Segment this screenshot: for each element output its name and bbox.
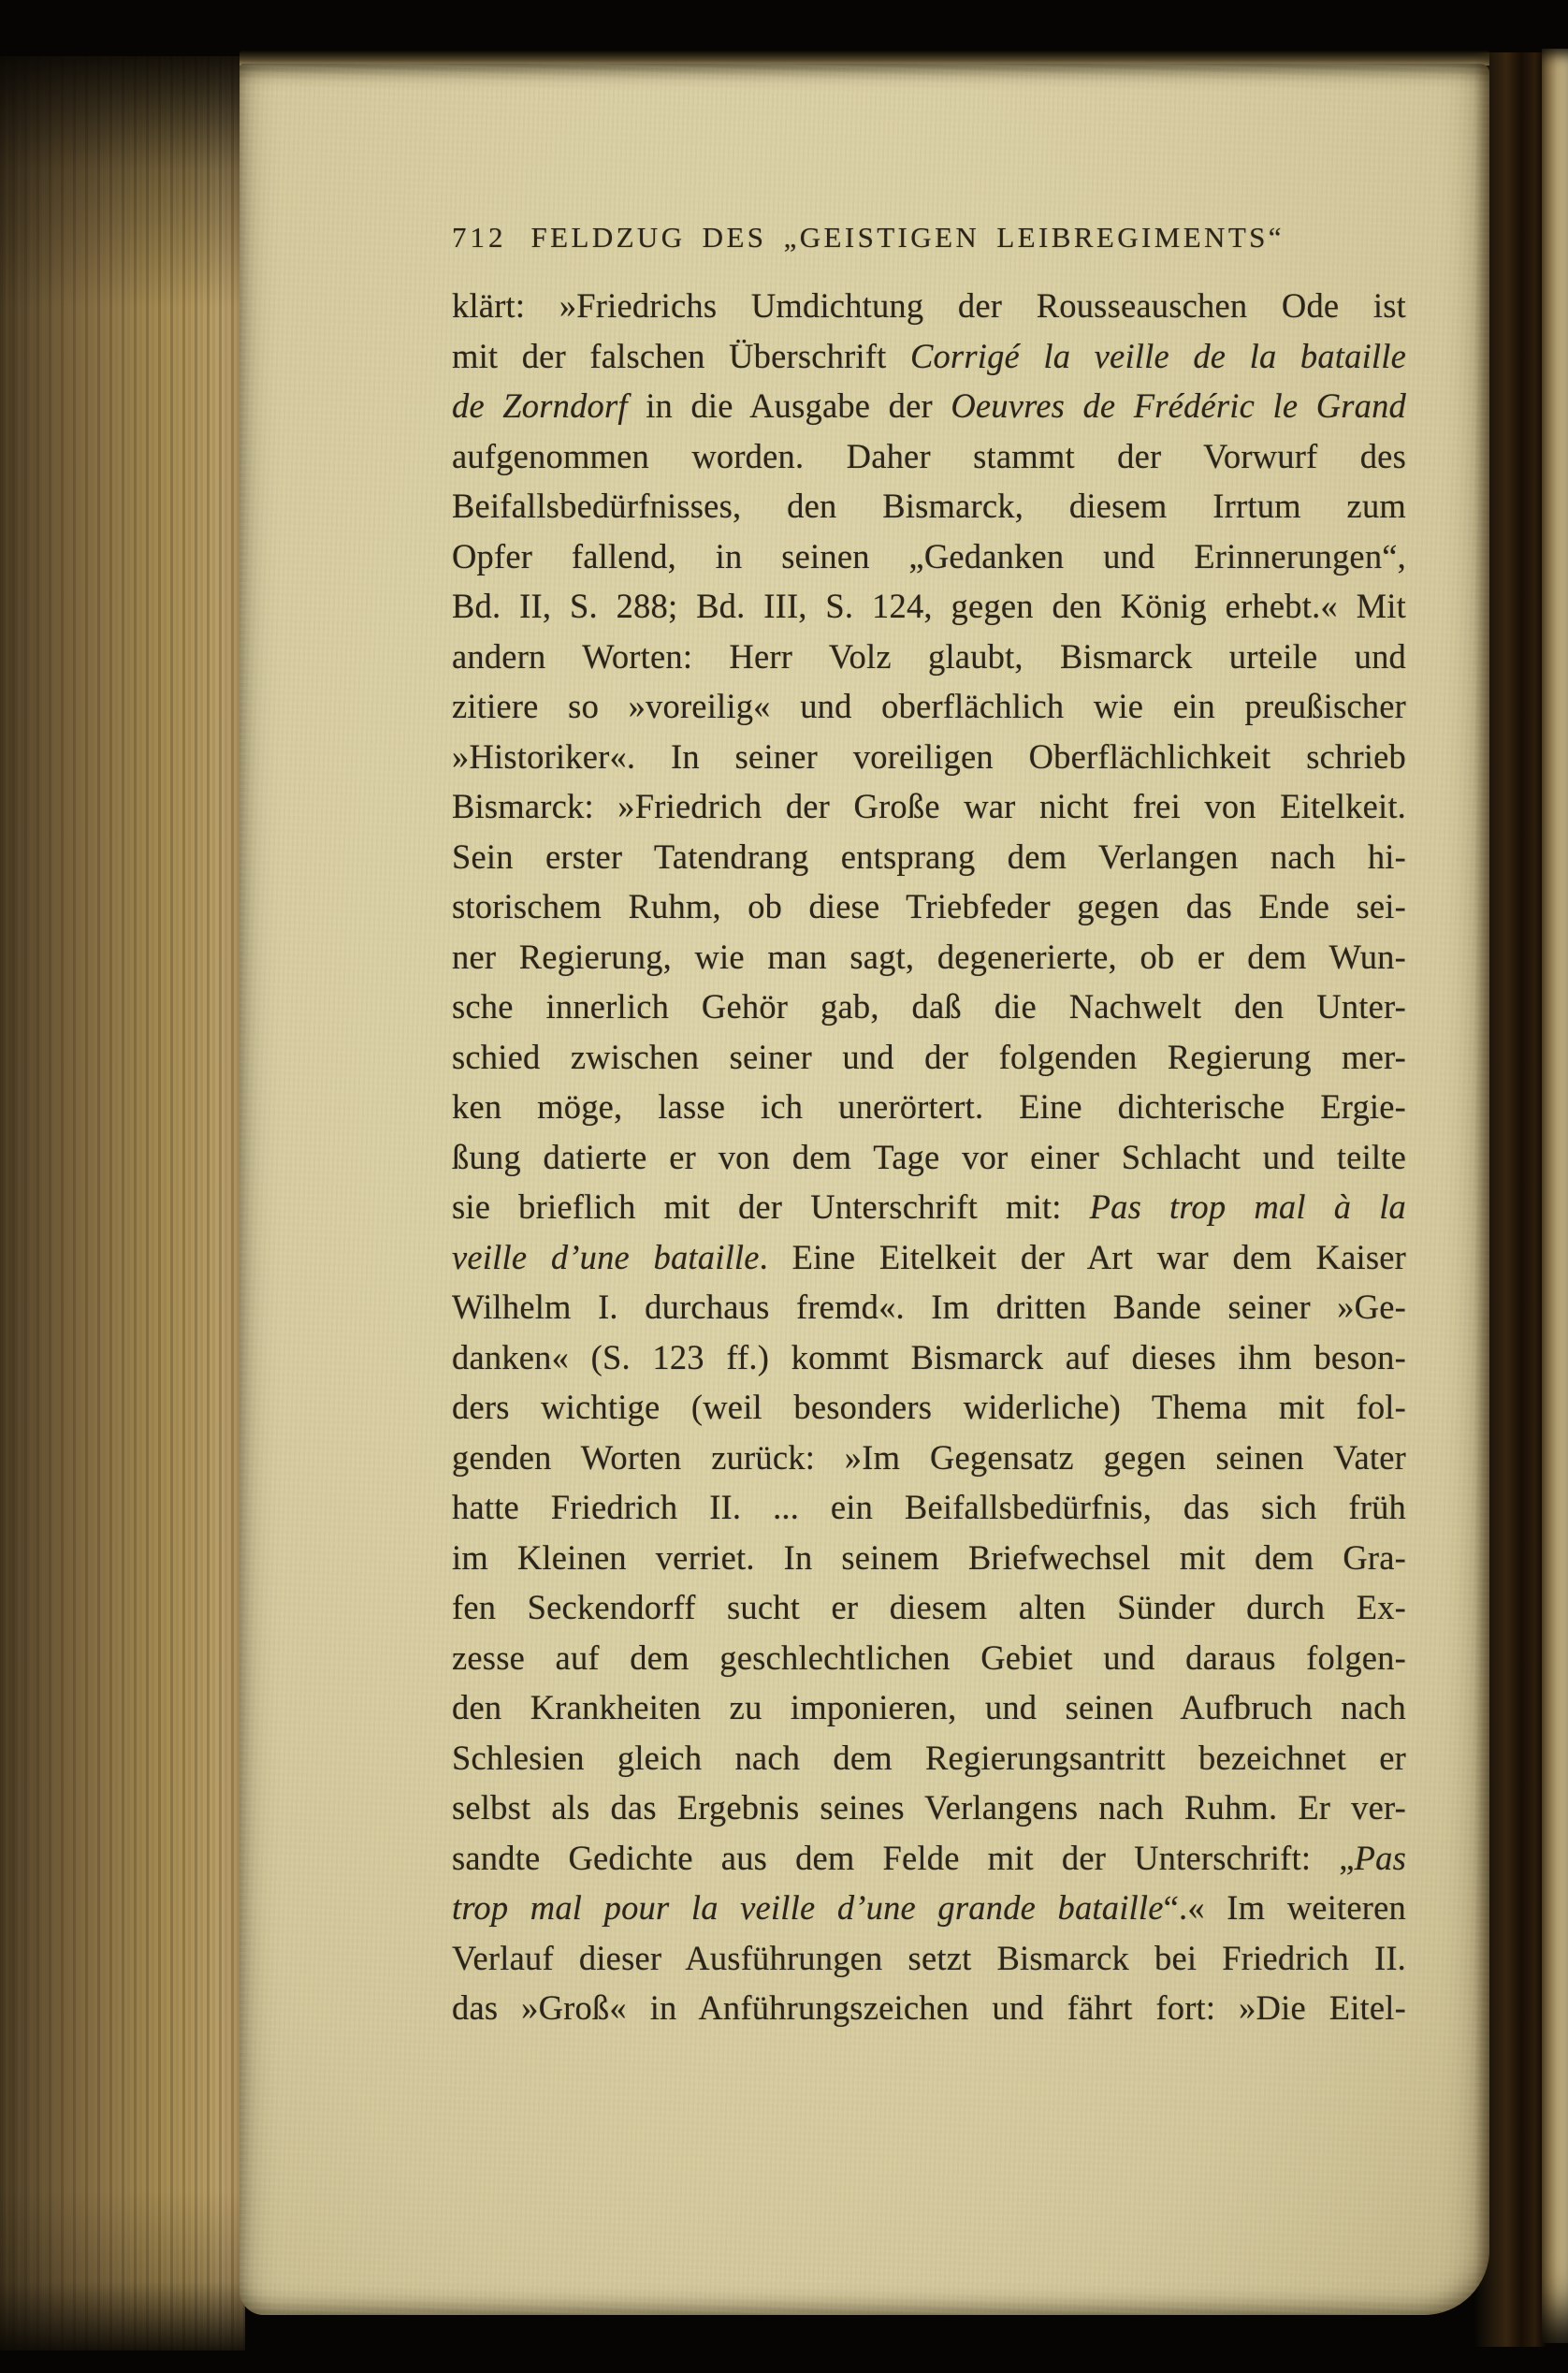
text-line: veille d’une bataille. Eine Eitelkeit de… bbox=[452, 1232, 1406, 1283]
text-line: Bd. II, S. 288; Bd. III, S. 124, gegen d… bbox=[452, 581, 1406, 632]
text-line: de Zorndorf in die Ausgabe der Oeuvres d… bbox=[452, 381, 1406, 431]
text-run: “.« Im weiteren bbox=[1164, 1888, 1406, 1927]
book-page: 712FELDZUG DES „GEISTIGEN LEIBREGIMENTS“… bbox=[240, 64, 1489, 2315]
text-line: sche innerlich Gehör gab, daß die Nachwe… bbox=[452, 982, 1406, 1032]
text-line: sie brieflich mit der Unterschrift mit: … bbox=[452, 1182, 1406, 1232]
text-line: storischem Ruhm, ob diese Triebfeder geg… bbox=[452, 881, 1406, 932]
text-run: schied zwischen seiner und der folgenden… bbox=[452, 1038, 1406, 1076]
text-line: Schlesien gleich nach dem Regierungsantr… bbox=[452, 1733, 1406, 1783]
text-line: zesse auf dem geschlechtlichen Gebiet un… bbox=[452, 1633, 1406, 1683]
italic-text-run: Corrigé la veille de la bataille bbox=[910, 337, 1406, 375]
text-line: Beifallsbedürfnisses, den Bismarck, dies… bbox=[452, 481, 1406, 531]
text-run: . Eine Eitelkeit der Art war dem Kaiser bbox=[760, 1238, 1406, 1276]
text-run: Schlesien gleich nach dem Regierungsantr… bbox=[452, 1739, 1406, 1777]
text-run: genden Worten zurück: »Im Gegensatz gege… bbox=[452, 1438, 1406, 1477]
text-run: fen Seckendorff sucht er diesem alten Sü… bbox=[452, 1588, 1406, 1626]
running-header: 712FELDZUG DES „GEISTIGEN LEIBREGIMENTS“ bbox=[452, 221, 1406, 255]
text-run: andern Worten: Herr Volz glaubt, Bismarc… bbox=[452, 637, 1406, 676]
text-line: im Kleinen verriet. In seinem Briefwechs… bbox=[452, 1533, 1406, 1583]
text-run: den Krankheiten zu imponieren, und seine… bbox=[452, 1688, 1406, 1726]
text-run: in die Ausgabe der bbox=[628, 386, 951, 425]
text-line: ßung datierte er von dem Tage vor einer … bbox=[452, 1132, 1406, 1183]
text-line: mit der falschen Überschrift Corrigé la … bbox=[452, 331, 1406, 382]
text-line: fen Seckendorff sucht er diesem alten Sü… bbox=[452, 1582, 1406, 1633]
text-line: Bismarck: »Friedrich der Große war nicht… bbox=[452, 781, 1406, 832]
text-run: Beifallsbedürfnisses, den Bismarck, dies… bbox=[452, 487, 1406, 525]
running-header-title: FELDZUG DES „GEISTIGEN LEIBREGIMENTS“ bbox=[531, 221, 1285, 254]
text-run: Bismarck: »Friedrich der Große war nicht… bbox=[452, 787, 1406, 825]
italic-text-run: de Zorndorf bbox=[452, 386, 628, 425]
text-run: zesse auf dem geschlechtlichen Gebiet un… bbox=[452, 1638, 1406, 1677]
text-run: selbst als das Ergebnis seines Verlangen… bbox=[452, 1788, 1406, 1827]
text-line: das »Groß« in Anführungszeichen und fähr… bbox=[452, 1983, 1406, 2033]
text-run: sche innerlich Gehör gab, daß die Nachwe… bbox=[452, 987, 1406, 1026]
text-run: Wilhelm I. durchaus fremd«. Im dritten B… bbox=[452, 1288, 1406, 1326]
text-line: Wilhelm I. durchaus fremd«. Im dritten B… bbox=[452, 1282, 1406, 1332]
print-area: 712FELDZUG DES „GEISTIGEN LEIBREGIMENTS“… bbox=[452, 64, 1406, 2315]
text-run: Bd. II, S. 288; Bd. III, S. 124, gegen d… bbox=[452, 587, 1406, 625]
text-block: klärt: »Friedrichs Umdichtung der Rousse… bbox=[452, 281, 1406, 2033]
text-run: danken« (S. 123 ff.) kommt Bismarck auf … bbox=[452, 1338, 1406, 1376]
text-run: ders wichtige (weil besonders widerliche… bbox=[452, 1388, 1406, 1426]
text-run: sandte Gedichte aus dem Felde mit der Un… bbox=[452, 1839, 1355, 1877]
text-line: zitiere so »voreilig« und oberflächlich … bbox=[452, 681, 1406, 732]
text-line: ner Regierung, wie man sagt, degeneriert… bbox=[452, 932, 1406, 983]
text-line: trop mal pour la veille d’une grande bat… bbox=[452, 1883, 1406, 1933]
left-page-edges bbox=[0, 56, 245, 2351]
text-run: Sein erster Tatendrang entsprang dem Ver… bbox=[452, 837, 1406, 876]
text-line: schied zwischen seiner und der folgenden… bbox=[452, 1032, 1406, 1083]
text-line: ken möge, lasse ich unerörtert. Eine dic… bbox=[452, 1082, 1406, 1132]
text-line: ders wichtige (weil besonders widerliche… bbox=[452, 1382, 1406, 1433]
text-run: »Historiker«. In seiner voreiligen Oberf… bbox=[452, 737, 1406, 776]
text-run: ßung datierte er von dem Tage vor einer … bbox=[452, 1138, 1406, 1176]
italic-text-run: Pas trop mal à la bbox=[1090, 1187, 1406, 1226]
page-number: 712 bbox=[452, 221, 507, 254]
text-line: genden Worten zurück: »Im Gegensatz gege… bbox=[452, 1433, 1406, 1483]
text-run: storischem Ruhm, ob diese Triebfeder geg… bbox=[452, 887, 1406, 925]
text-run: aufgenommen worden. Daher stammt der Vor… bbox=[452, 437, 1406, 475]
text-line: Sein erster Tatendrang entsprang dem Ver… bbox=[452, 832, 1406, 882]
text-run: hatte Friedrich II. ... ein Beifallsbedü… bbox=[452, 1488, 1406, 1526]
text-run: sie brieflich mit der Unterschrift mit: bbox=[452, 1187, 1090, 1226]
text-run: das »Groß« in Anführungszeichen und fähr… bbox=[452, 1988, 1406, 2027]
next-page-sliver bbox=[1542, 49, 1568, 2343]
text-line: sandte Gedichte aus dem Felde mit der Un… bbox=[452, 1833, 1406, 1884]
italic-text-run: veille d’une bataille bbox=[452, 1238, 760, 1276]
text-run: mit der falschen Überschrift bbox=[452, 337, 910, 375]
text-line: klärt: »Friedrichs Umdichtung der Rousse… bbox=[452, 281, 1406, 331]
text-run: im Kleinen verriet. In seinem Briefwechs… bbox=[452, 1538, 1406, 1577]
italic-text-run: Pas bbox=[1355, 1839, 1406, 1877]
text-line: Opfer fallend, in seinen „Gedanken und E… bbox=[452, 531, 1406, 582]
italic-text-run: Oeuvres de Frédéric le Grand bbox=[951, 386, 1406, 425]
text-run: ner Regierung, wie man sagt, degeneriert… bbox=[452, 938, 1406, 976]
text-line: Verlauf dieser Ausführungen setzt Bismar… bbox=[452, 1933, 1406, 1984]
italic-text-run: trop mal pour la veille d’une grande bat… bbox=[452, 1888, 1164, 1927]
text-line: danken« (S. 123 ff.) kommt Bismarck auf … bbox=[452, 1332, 1406, 1383]
text-run: klärt: »Friedrichs Umdichtung der Rousse… bbox=[452, 286, 1406, 325]
text-line: den Krankheiten zu imponieren, und seine… bbox=[452, 1682, 1406, 1733]
text-run: Verlauf dieser Ausführungen setzt Bismar… bbox=[452, 1939, 1406, 1977]
gutter-shadow bbox=[1474, 52, 1546, 2347]
text-run: Opfer fallend, in seinen „Gedanken und E… bbox=[452, 537, 1406, 575]
text-line: aufgenommen worden. Daher stammt der Vor… bbox=[452, 431, 1406, 482]
text-line: selbst als das Ergebnis seines Verlangen… bbox=[452, 1783, 1406, 1833]
text-run: zitiere so »voreilig« und oberflächlich … bbox=[452, 687, 1406, 725]
book-scan: 712FELDZUG DES „GEISTIGEN LEIBREGIMENTS“… bbox=[0, 0, 1568, 2373]
text-run: ken möge, lasse ich unerörtert. Eine dic… bbox=[452, 1087, 1406, 1126]
text-line: »Historiker«. In seiner voreiligen Oberf… bbox=[452, 732, 1406, 782]
text-line: andern Worten: Herr Volz glaubt, Bismarc… bbox=[452, 632, 1406, 682]
text-line: hatte Friedrich II. ... ein Beifallsbedü… bbox=[452, 1482, 1406, 1533]
